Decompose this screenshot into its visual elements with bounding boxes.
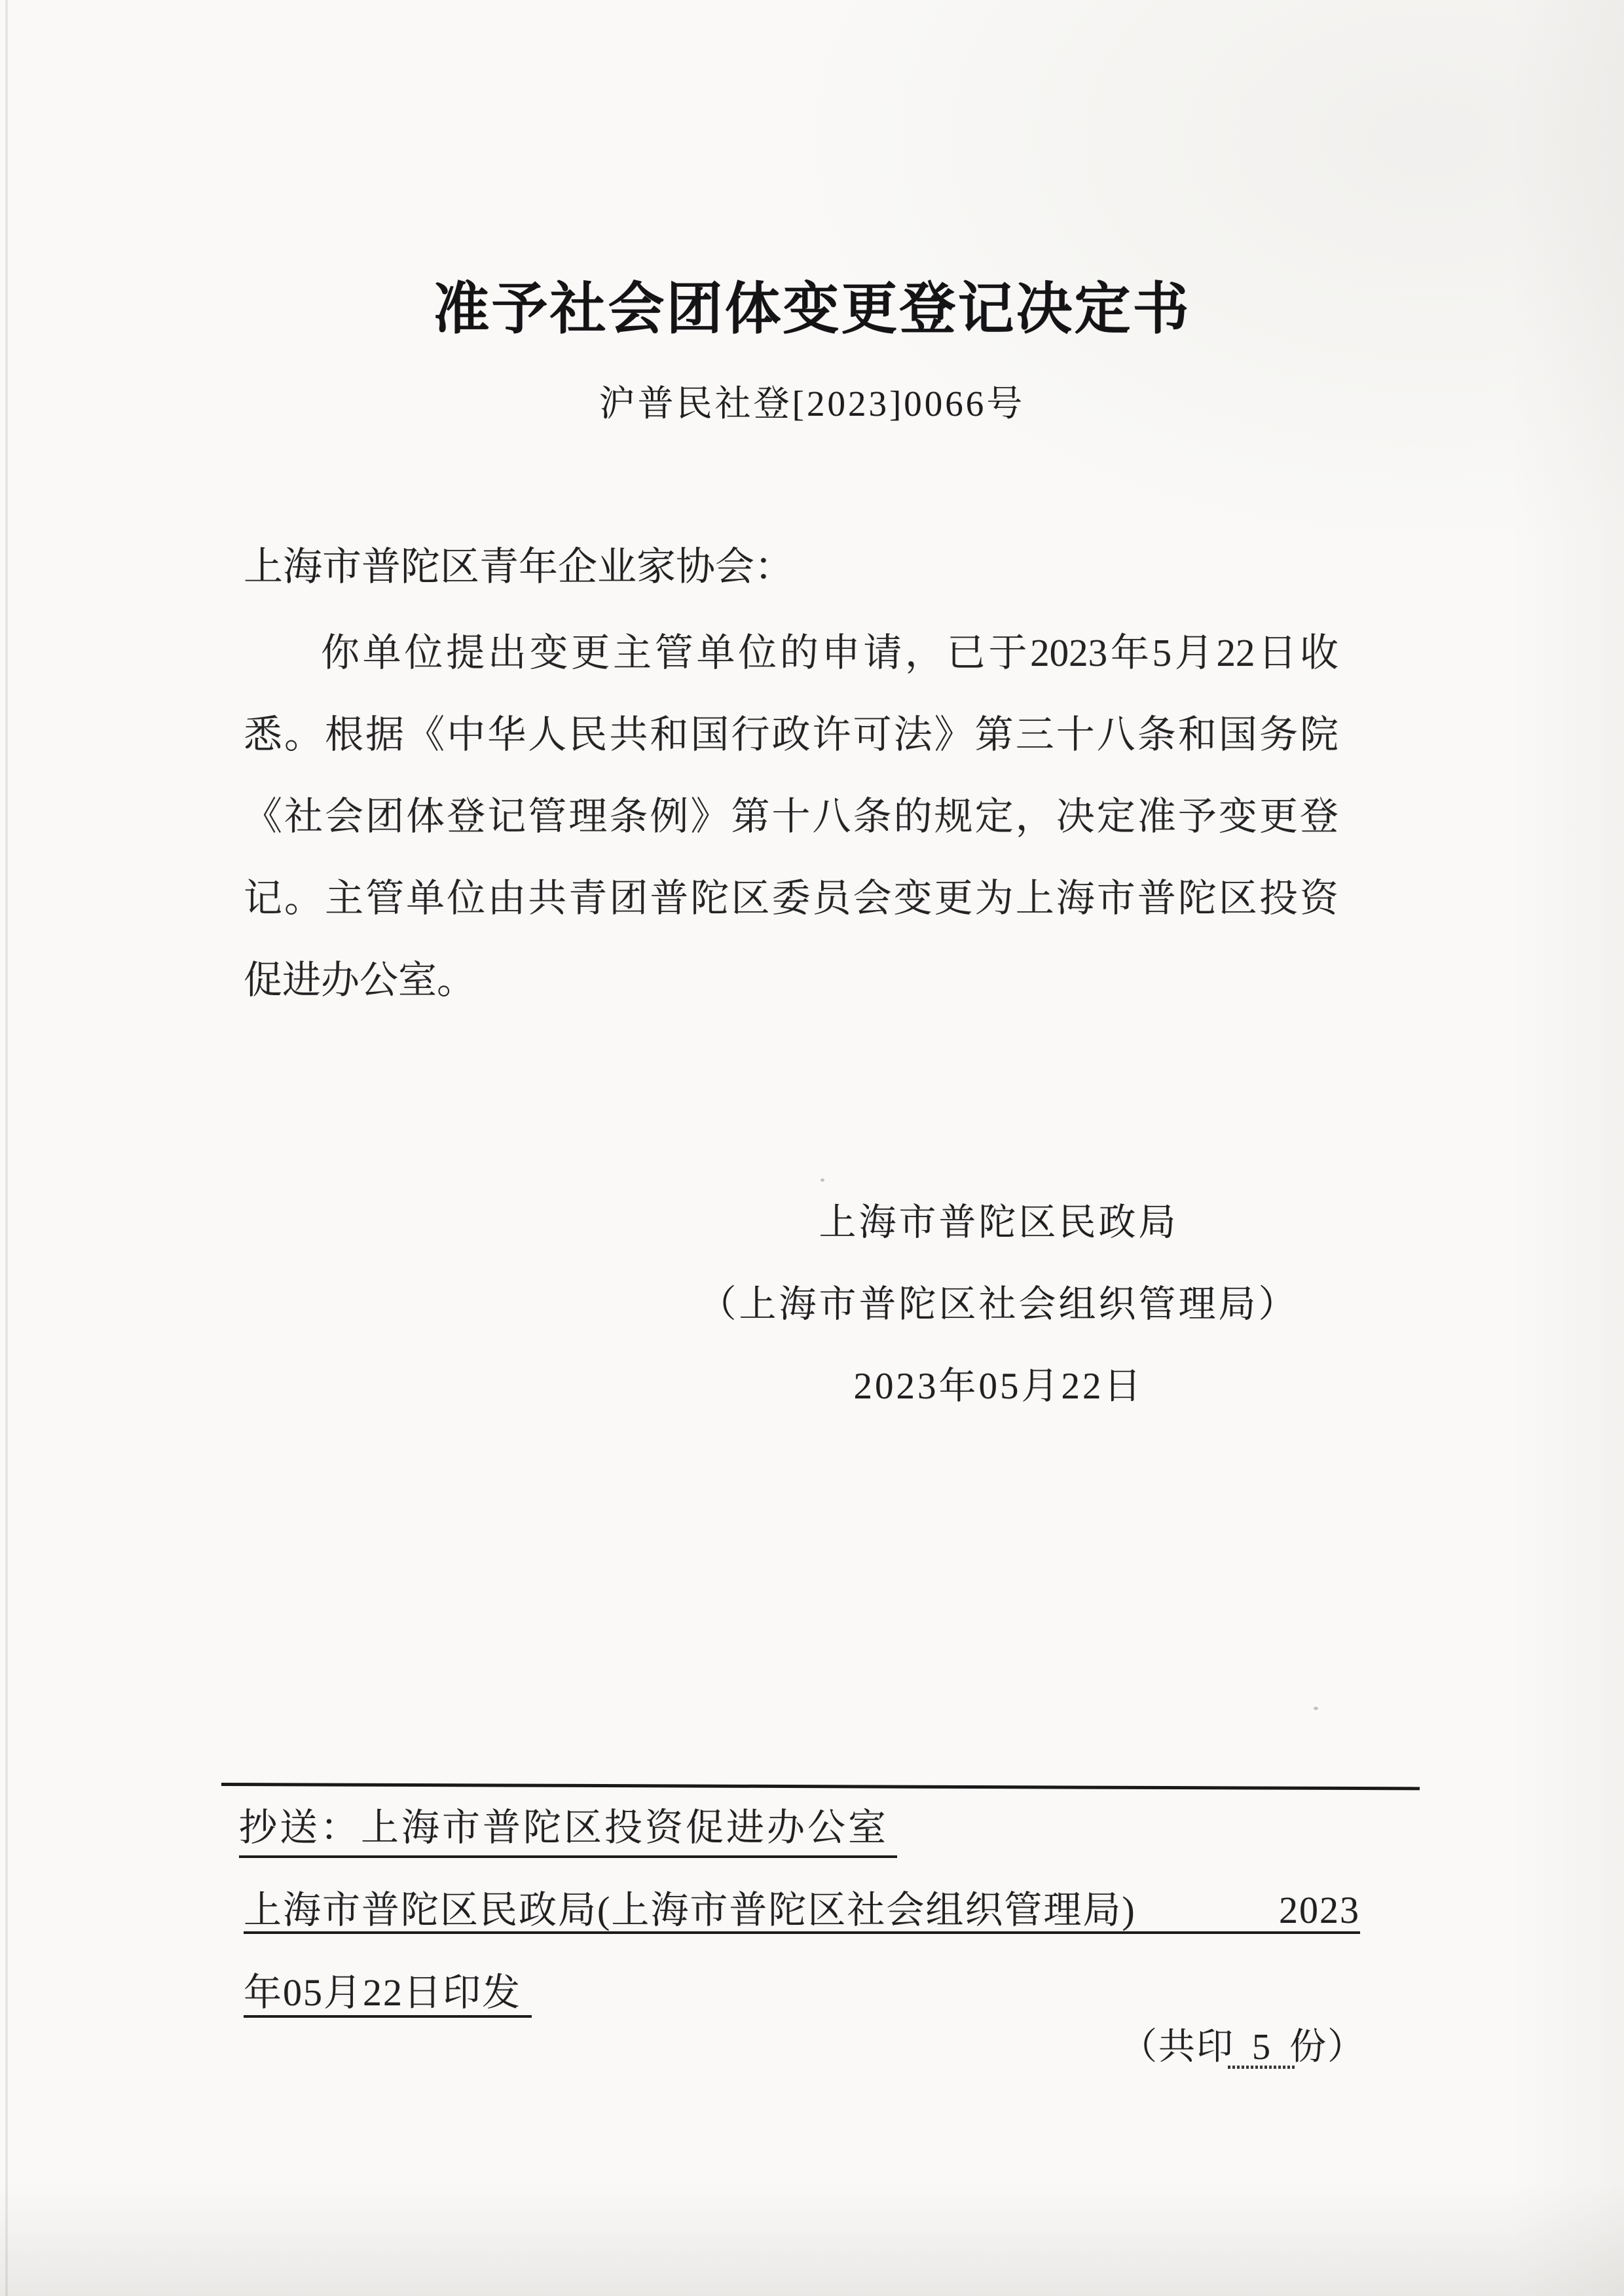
body-line: 悉。根据《中华人民共和国行政许可法》第三十八条和国务院 — [244, 694, 1338, 776]
footer-issue-year: 2023 — [1279, 1891, 1360, 1930]
salutation-line: 上海市普陀区青年企业家协会： — [244, 547, 794, 587]
signature-org-alias: （上海市普陀区社会组织管理局） — [671, 1264, 1326, 1345]
scan-speck — [1314, 1707, 1318, 1710]
footer-issue-date-text: 年05月22日印发 — [244, 1973, 532, 2018]
body-paragraph: 你单位提出变更主管单位的申请，已于2023年5月22日收 悉。根据《中华人民共和… — [244, 612, 1338, 1021]
copies-count: 5 — [1237, 2028, 1287, 2066]
footer-copies-note: （共印5份） — [1120, 2028, 1365, 2066]
footer-issuer-text: 上海市普陀区民政局(上海市普陀区社会组织管理局) — [244, 1891, 1136, 1930]
footer-separator-line — [221, 1783, 1420, 1790]
body-line: 促进办公室。 — [244, 939, 1338, 1021]
scan-edge-artifact — [5, 0, 8, 2296]
footer-cc-row: 抄送：上海市普陀区投资促进办公室 — [239, 1808, 897, 1858]
signature-date: 2023年05月22日 — [671, 1345, 1326, 1427]
document-title: 准予社会团体变更登记决定书 — [0, 278, 1624, 340]
scanned-document-page: 准予社会团体变更登记决定书 沪普民社登[2023]0066号 上海市普陀区青年企… — [0, 0, 1624, 2296]
copies-prefix: （共印 — [1120, 2027, 1234, 2068]
body-line: 记。主管单位由共青团普陀区委员会变更为上海市普陀区投资 — [244, 858, 1338, 939]
footer-issuer-row: 上海市普陀区民政局(上海市普陀区社会组织管理局) 2023 — [244, 1891, 1360, 1934]
signature-org: 上海市普陀区民政局 — [671, 1182, 1326, 1264]
footer-cc-line: 抄送：上海市普陀区投资促进办公室 — [239, 1808, 897, 1858]
signature-block: 上海市普陀区民政局 （上海市普陀区社会组织管理局） 2023年05月22日 — [671, 1182, 1326, 1427]
footer-issue-date-row: 年05月22日印发 — [244, 1973, 532, 2018]
body-line: 《社会团体登记管理条例》第十八条的规定，决定准予变更登 — [244, 776, 1338, 858]
body-line: 你单位提出变更主管单位的申请，已于2023年5月22日收 — [244, 612, 1338, 694]
document-number: 沪普民社登[2023]0066号 — [0, 382, 1624, 426]
copies-suffix: 份） — [1289, 2027, 1365, 2068]
